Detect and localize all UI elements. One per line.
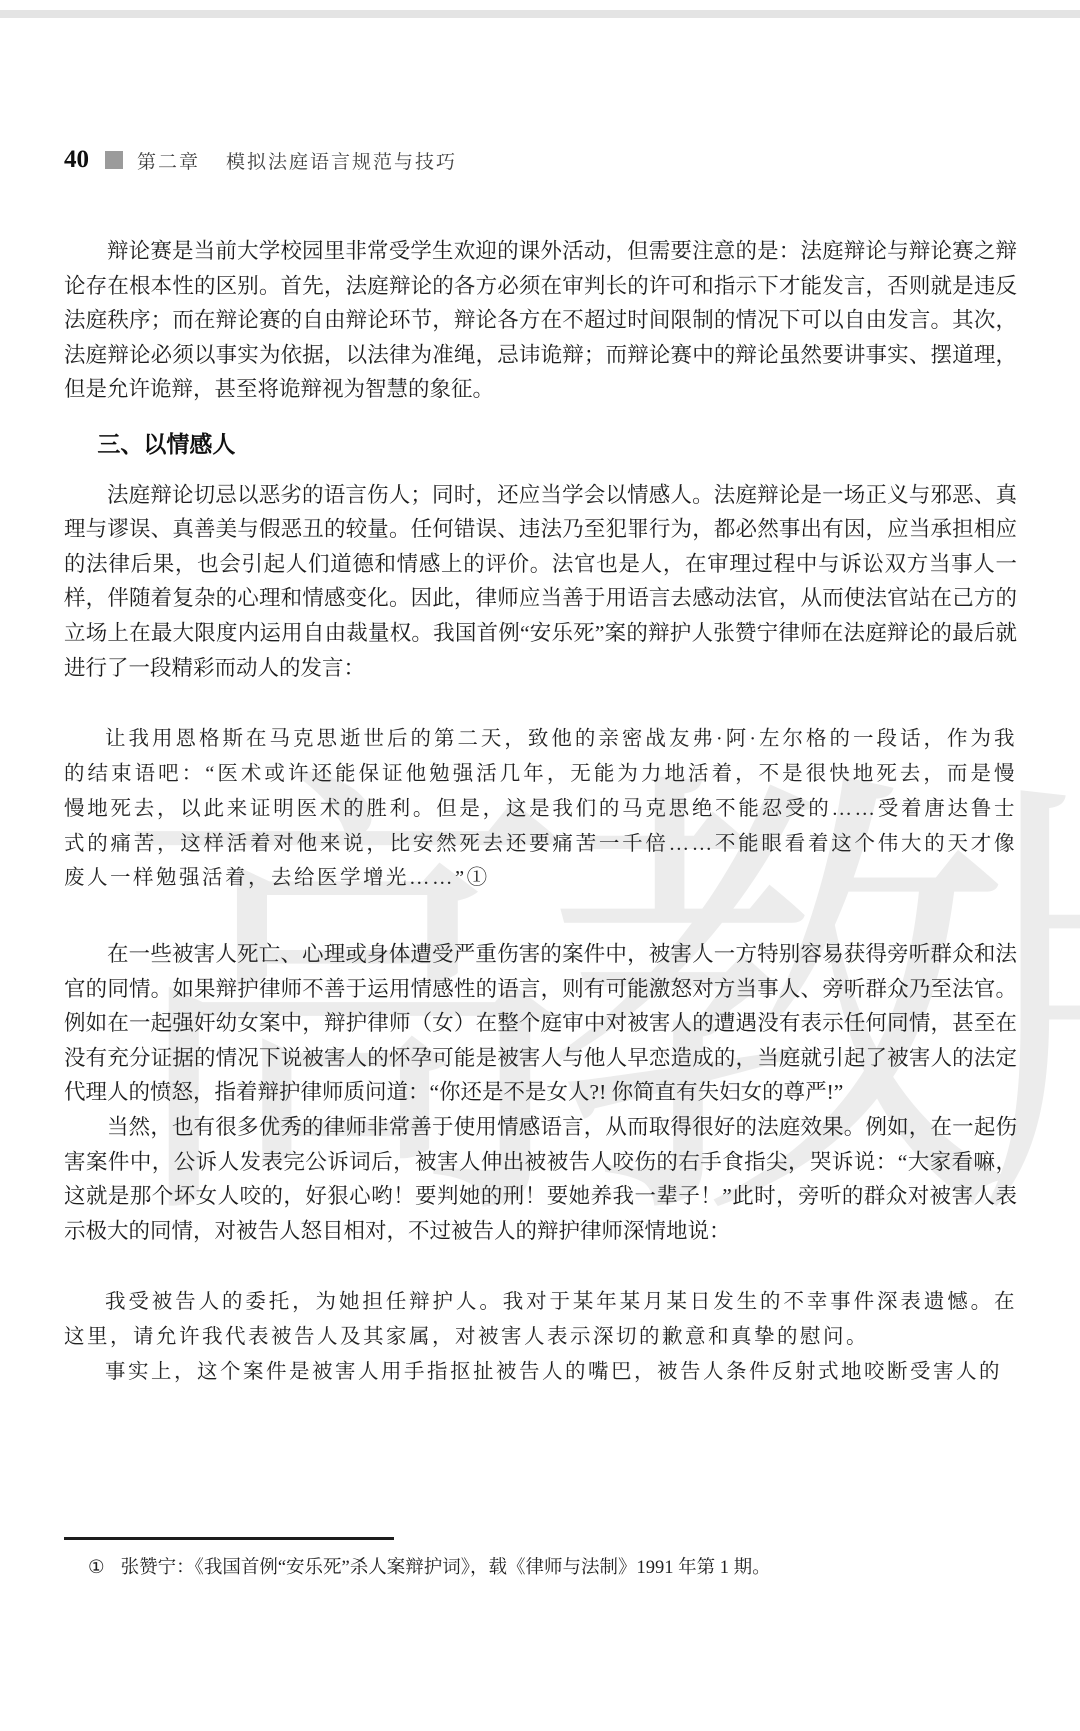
paragraph-emotion-in-court: 法庭辩论切忌以恶劣的语言伤人；同时，还应当学会以情感人。法庭辩论是一场正义与邪恶…: [64, 478, 1017, 686]
quote-paragraph: 让我用恩格斯在马克思逝世后的第二天，致他的亲密战友弗·阿·左尔格的一段话，作为我…: [64, 722, 1017, 896]
page-number: 40: [64, 146, 89, 174]
page-top-scan-band: [0, 10, 1080, 18]
chapter-label: 第二章: [137, 147, 200, 174]
quote-defense-lawyer-speech: 我受被告人的委托，为她担任辩护人。我对于某年某月某日发生的不幸事件深表遗憾。在这…: [64, 1285, 1017, 1389]
running-header: 40 第二章 模拟法庭语言规范与技巧: [64, 146, 457, 174]
quote-paragraph: 我受被告人的委托，为她担任辩护人。我对于某年某月某日发生的不幸事件深表遗憾。在这…: [64, 1285, 1017, 1355]
chapter-title: 模拟法庭语言规范与技巧: [226, 147, 457, 174]
footnote-separator-rule: [64, 1537, 394, 1540]
paragraph-victim-sympathy: 在一些被害人死亡、心理或身体遭受严重伤害的案件中，被害人一方特别容易获得旁听群众…: [64, 937, 1017, 1110]
paragraph-debate-vs-court: 辩论赛是当前大学校园里非常受学生欢迎的课外活动，但需要注意的是：法庭辩论与辩论赛…: [64, 234, 1017, 407]
paragraph-good-lawyers: 当然，也有很多优秀的律师非常善于使用情感语言，从而取得很好的法庭效果。例如，在一…: [64, 1110, 1017, 1248]
book-page: 40 第二章 模拟法庭语言规范与技巧 高教版 辩论赛是当前大学校园里非常受学生欢…: [0, 0, 1080, 1731]
section-heading: 三、以情感人: [64, 427, 1017, 462]
quote-euthanasia-defense: 让我用恩格斯在马克思逝世后的第二天，致他的亲密战友弗·阿·左尔格的一段话，作为我…: [64, 722, 1017, 896]
chapter-marker-square-icon: [105, 151, 123, 169]
page-body-text: 辩论赛是当前大学校园里非常受学生欢迎的课外活动，但需要注意的是：法庭辩论与辩论赛…: [64, 234, 1017, 1431]
footnote: ① 张赞宁：《我国首例“安乐死”杀人案辩护词》，载《律师与法制》1991 年第 …: [64, 1553, 1017, 1583]
quote-paragraph: 事实上，这个案件是被害人用手指抠扯被告人的嘴巴，被告人条件反射式地咬断受害人的: [64, 1355, 1017, 1390]
footnote-marker: ①: [88, 1553, 105, 1583]
footnote-text: 张赞宁：《我国首例“安乐死”杀人案辩护词》，载《律师与法制》1991 年第 1 …: [121, 1553, 1017, 1583]
